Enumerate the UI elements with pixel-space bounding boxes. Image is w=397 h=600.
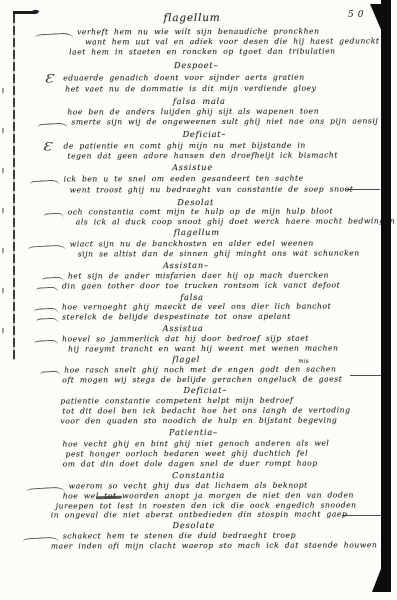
line-flourish bbox=[34, 307, 58, 314]
manuscript-line: de patientie en comt ghij mijn nu met bi… bbox=[63, 142, 305, 150]
speaker-name: Assistan– bbox=[163, 261, 209, 269]
manuscript-line: eduaerde genadich doent voor sijnder aer… bbox=[63, 74, 304, 82]
page-header-title: flagellum bbox=[163, 13, 220, 24]
speaker-name: falsa mala bbox=[173, 97, 226, 105]
manuscript-line: laet hem in staeten en roncken op tgoet … bbox=[69, 48, 335, 57]
manuscript-line: het sijn de ander misfarien daer hij op … bbox=[68, 272, 329, 281]
speaker-name: Deficiat– bbox=[183, 130, 227, 138]
line-flourish bbox=[42, 276, 64, 283]
line-flourish bbox=[35, 32, 73, 40]
manuscript-line: wiact sijn nu de banckhosten en alder ed… bbox=[70, 240, 314, 248]
manuscript-line: went troost ghij nu bedraeght van consta… bbox=[70, 185, 354, 194]
manuscript-line: pest honger oorloch bedaren weet ghij du… bbox=[66, 450, 309, 458]
manuscript-line: hoe ben de anders luijden ghij sijt als … bbox=[67, 108, 319, 116]
speaker-name: flagellum bbox=[174, 228, 220, 236]
manuscript-line: maer inden ofi mijn clacht waerop sto ma… bbox=[51, 541, 377, 550]
speaker-name: Desolate bbox=[172, 521, 215, 529]
speaker-name: Patientia– bbox=[169, 428, 218, 436]
speaker-name: Assistua bbox=[163, 324, 204, 332]
binding-shadow bbox=[381, 0, 391, 592]
manuscript-line: oft mogen wij stegs de belijde gerachen … bbox=[62, 375, 342, 384]
manuscript-line: hoe vecht ghij en bint ghij niet genoch … bbox=[62, 440, 329, 449]
line-flourish bbox=[27, 486, 65, 494]
line-flourish-curl: Ɛ bbox=[44, 74, 53, 86]
manuscript-line: tegen dat geen adore hansen den droefhei… bbox=[67, 152, 337, 161]
speaker-name: Despoet– bbox=[174, 61, 218, 69]
line-flourish bbox=[28, 244, 66, 252]
speaker-name: falsa bbox=[180, 293, 204, 301]
speaker-name: flagel bbox=[172, 355, 200, 363]
manuscript-line: hoe rasch snelt ghij noch met de engen g… bbox=[64, 366, 336, 375]
speaker-name: Assistue bbox=[172, 163, 213, 171]
manuscript-text: flagellumverheft hem nu wie wilt sijn be… bbox=[0, 0, 397, 600]
line-flourish-curl: Ɛ bbox=[43, 142, 52, 154]
manuscript-line: hij raeymt trancht en want hij weent met… bbox=[68, 345, 338, 354]
manuscript-line: het vaet nu de dommatie is dit mijn verd… bbox=[65, 85, 316, 93]
line-flourish bbox=[30, 179, 60, 187]
manuscript-line: sterelck de belijde despestinate tot ons… bbox=[62, 313, 291, 321]
speaker-name: Deficiat– bbox=[183, 386, 227, 394]
manuscript-line: ick ben u te snel om eeden gesandeert te… bbox=[64, 175, 304, 183]
line-flourish bbox=[44, 212, 64, 219]
manuscript-line: smerte sijn wij de ongeweenen sult ghij … bbox=[71, 117, 378, 126]
manuscript-line: schakect hem te stenen die duid bedraegh… bbox=[63, 532, 296, 540]
manuscript-line: waerom so vecht ghij dus dat lichaem als… bbox=[69, 482, 308, 490]
manuscript-line: tot dit doel ben ick bedacht hoe het ons… bbox=[62, 406, 350, 415]
ink-stroke bbox=[350, 375, 381, 376]
manuscript-line: och constantia comt mijn te hulp op de m… bbox=[68, 208, 333, 217]
manuscript-line: verheft hem nu wie wilt sijn benaudiche … bbox=[77, 28, 319, 36]
speaker-name: Desolat bbox=[177, 198, 214, 206]
ink-stroke bbox=[346, 189, 380, 190]
manuscript-line: hoe vernoeght ghij maeckt de veel ons di… bbox=[62, 303, 331, 312]
line-flourish bbox=[36, 317, 58, 324]
manuscript-line: patientie constantie competent helpt mij… bbox=[60, 397, 293, 405]
ink-stroke bbox=[342, 515, 381, 516]
manuscript-line: hoevel so jammerlick dat hij door bedroe… bbox=[62, 335, 309, 343]
manuscript-line: om dat din doet dole dagen snel de duer … bbox=[63, 460, 318, 468]
manuscript-line: als ick al duck coop snoot ghij doet wer… bbox=[76, 217, 395, 226]
speaker-name: Constantia bbox=[172, 471, 225, 479]
manuscript-line: sijn se altist dan de sinnen ghij minght… bbox=[78, 249, 360, 258]
line-flourish bbox=[34, 339, 58, 346]
manuscript-line: din gaen tother door toe trucken rontsom… bbox=[62, 282, 340, 291]
manuscript-line: in ongeval die niet aberst ontbedieden d… bbox=[51, 510, 348, 519]
line-flourish bbox=[37, 122, 67, 130]
manuscript-line: voor den quaden sto noodich de hulp en b… bbox=[60, 417, 337, 426]
line-flourish bbox=[36, 286, 58, 293]
manuscript-page: 50 flagellumverheft hem nu wie wilt sijn… bbox=[0, 0, 397, 600]
line-flourish bbox=[40, 370, 60, 377]
manuscript-line: want hem uut val en adiek voor desen die… bbox=[85, 37, 379, 46]
